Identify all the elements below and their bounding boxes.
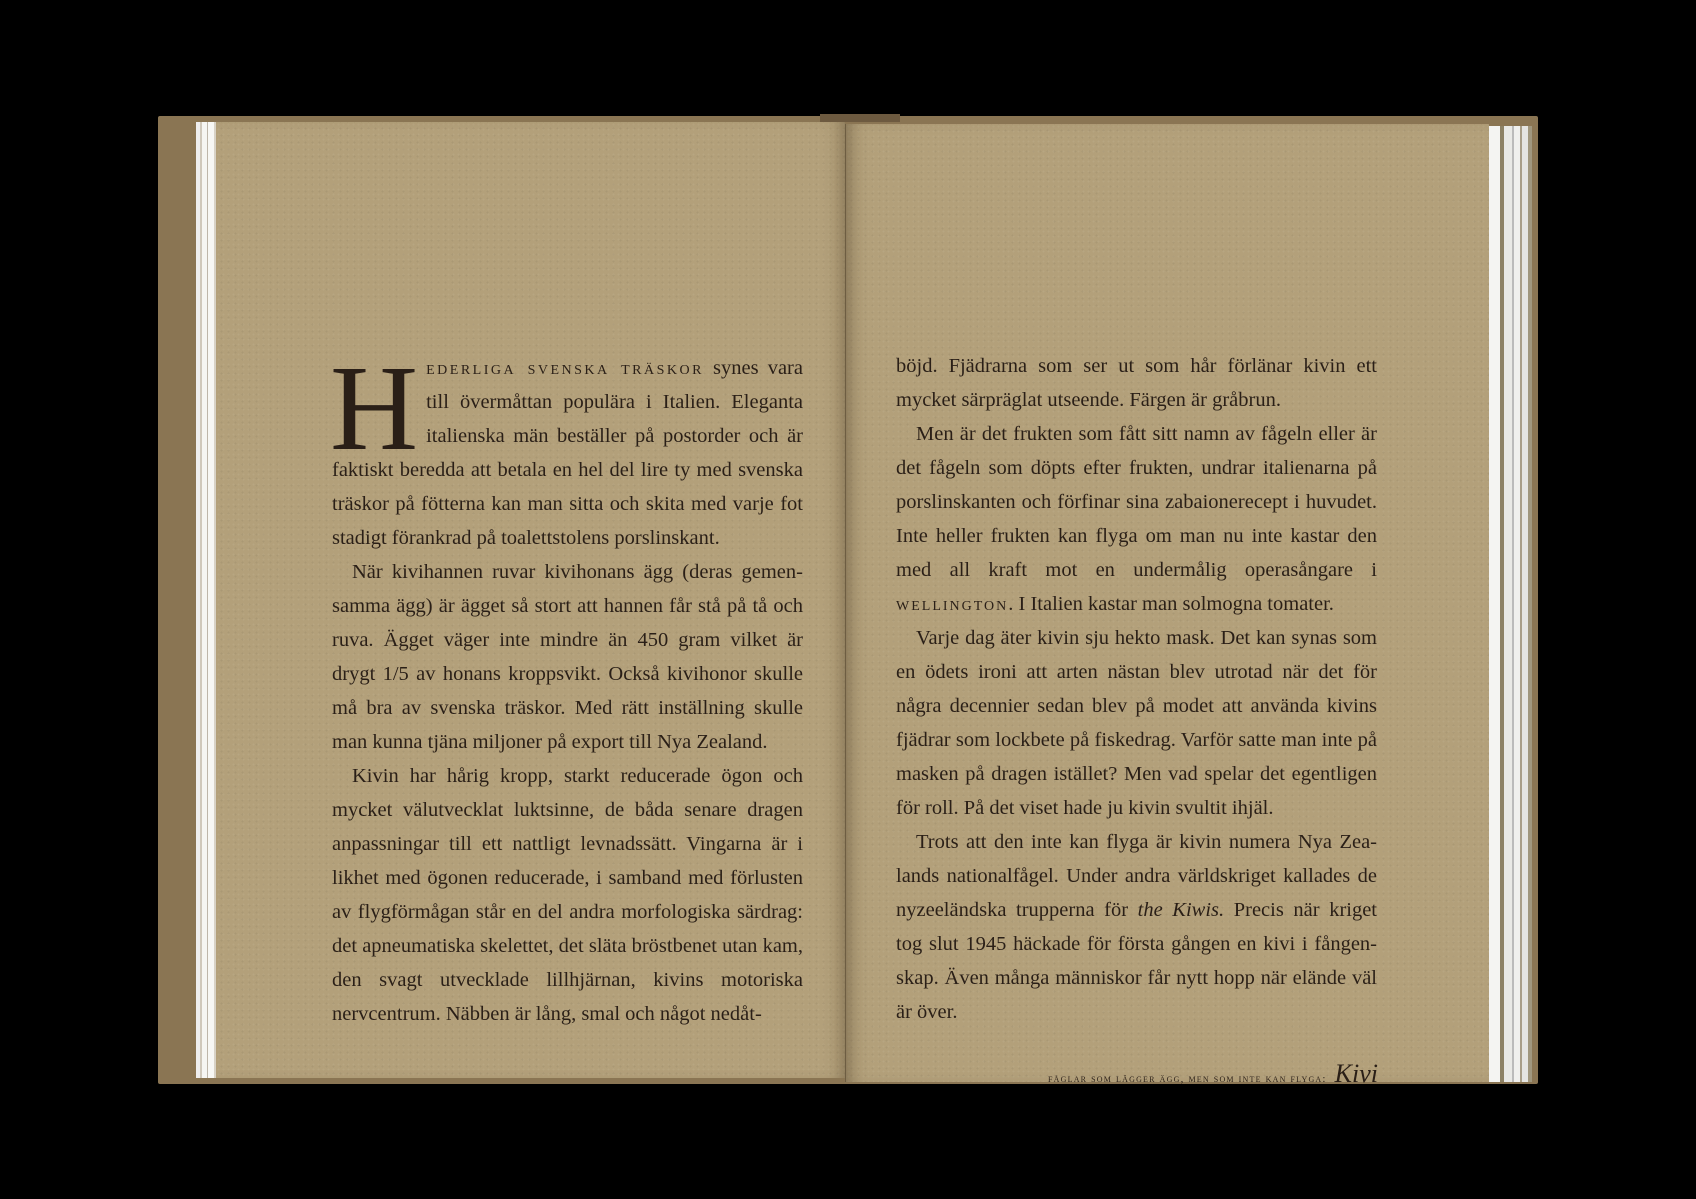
paragraph-text: . I Italien kastar man solmogna tomater. [1008,593,1334,615]
drop-cap: H [330,365,418,453]
right-page-text: böjd. Fjädrarna som ser ut som hår förlä… [896,349,1377,1029]
right-page: böjd. Fjädrarna som ser ut som hår förlä… [845,124,1489,1082]
paragraph: När kivihannen ruvar kivihonans ägg (der… [332,555,803,759]
page-edges-left [196,122,218,1078]
place-name-small-caps: Wellington [896,593,1008,615]
paragraph: Men är det frukten som fått sitt namn av… [896,417,1377,621]
left-page-text: Hederliga svenska träskor synes vara til… [332,351,803,1031]
running-footer-title: Kivi [1335,1059,1378,1088]
paragraph: Varje dag äter kivin sju hekto mask. Det… [896,621,1377,825]
running-footer: Fåglar som lägger ägg, men som inte kan … [1048,1059,1378,1089]
paragraph-text: Men är det frukten som fått sitt namn av… [896,423,1377,581]
lead-in-small-caps: ederliga svenska träskor [426,357,704,379]
left-page: Hederliga svenska träskor synes vara til… [216,122,845,1078]
page-edges-right [1486,126,1532,1082]
paragraph: Hederliga svenska träskor synes vara til… [332,351,803,555]
paragraph-continued: böjd. Fjädrarna som ser ut som hår förlä… [896,349,1377,417]
paragraph: Trots att den inte kan flyga är kivin nu… [896,825,1377,1029]
running-footer-label: Fåglar som lägger ägg, men som inte kan … [1048,1073,1327,1085]
paragraph: Kivin har hårig kropp, starkt reducerade… [332,759,803,1031]
italic-text: the Kiwis. [1138,899,1224,921]
book-spine [820,114,900,122]
